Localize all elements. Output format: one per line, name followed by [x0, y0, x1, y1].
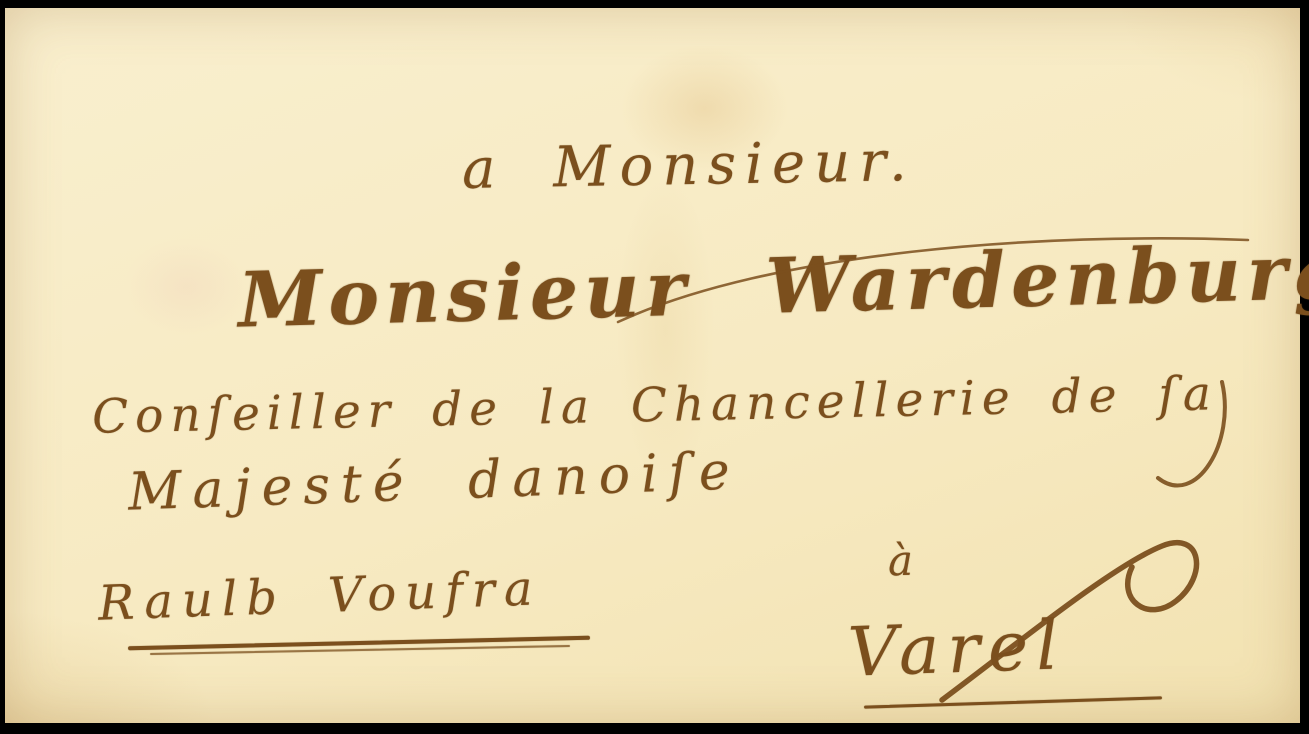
destination-preposition: à: [888, 540, 914, 582]
scanned-letter: a Monsieur. Monsieur Wardenburg Conſeill…: [0, 0, 1309, 734]
destination-name: Varel: [847, 612, 1067, 688]
postal-notation: Raulb Voufra: [97, 564, 542, 627]
address-line-salutation: a Monsieur.: [462, 134, 917, 198]
